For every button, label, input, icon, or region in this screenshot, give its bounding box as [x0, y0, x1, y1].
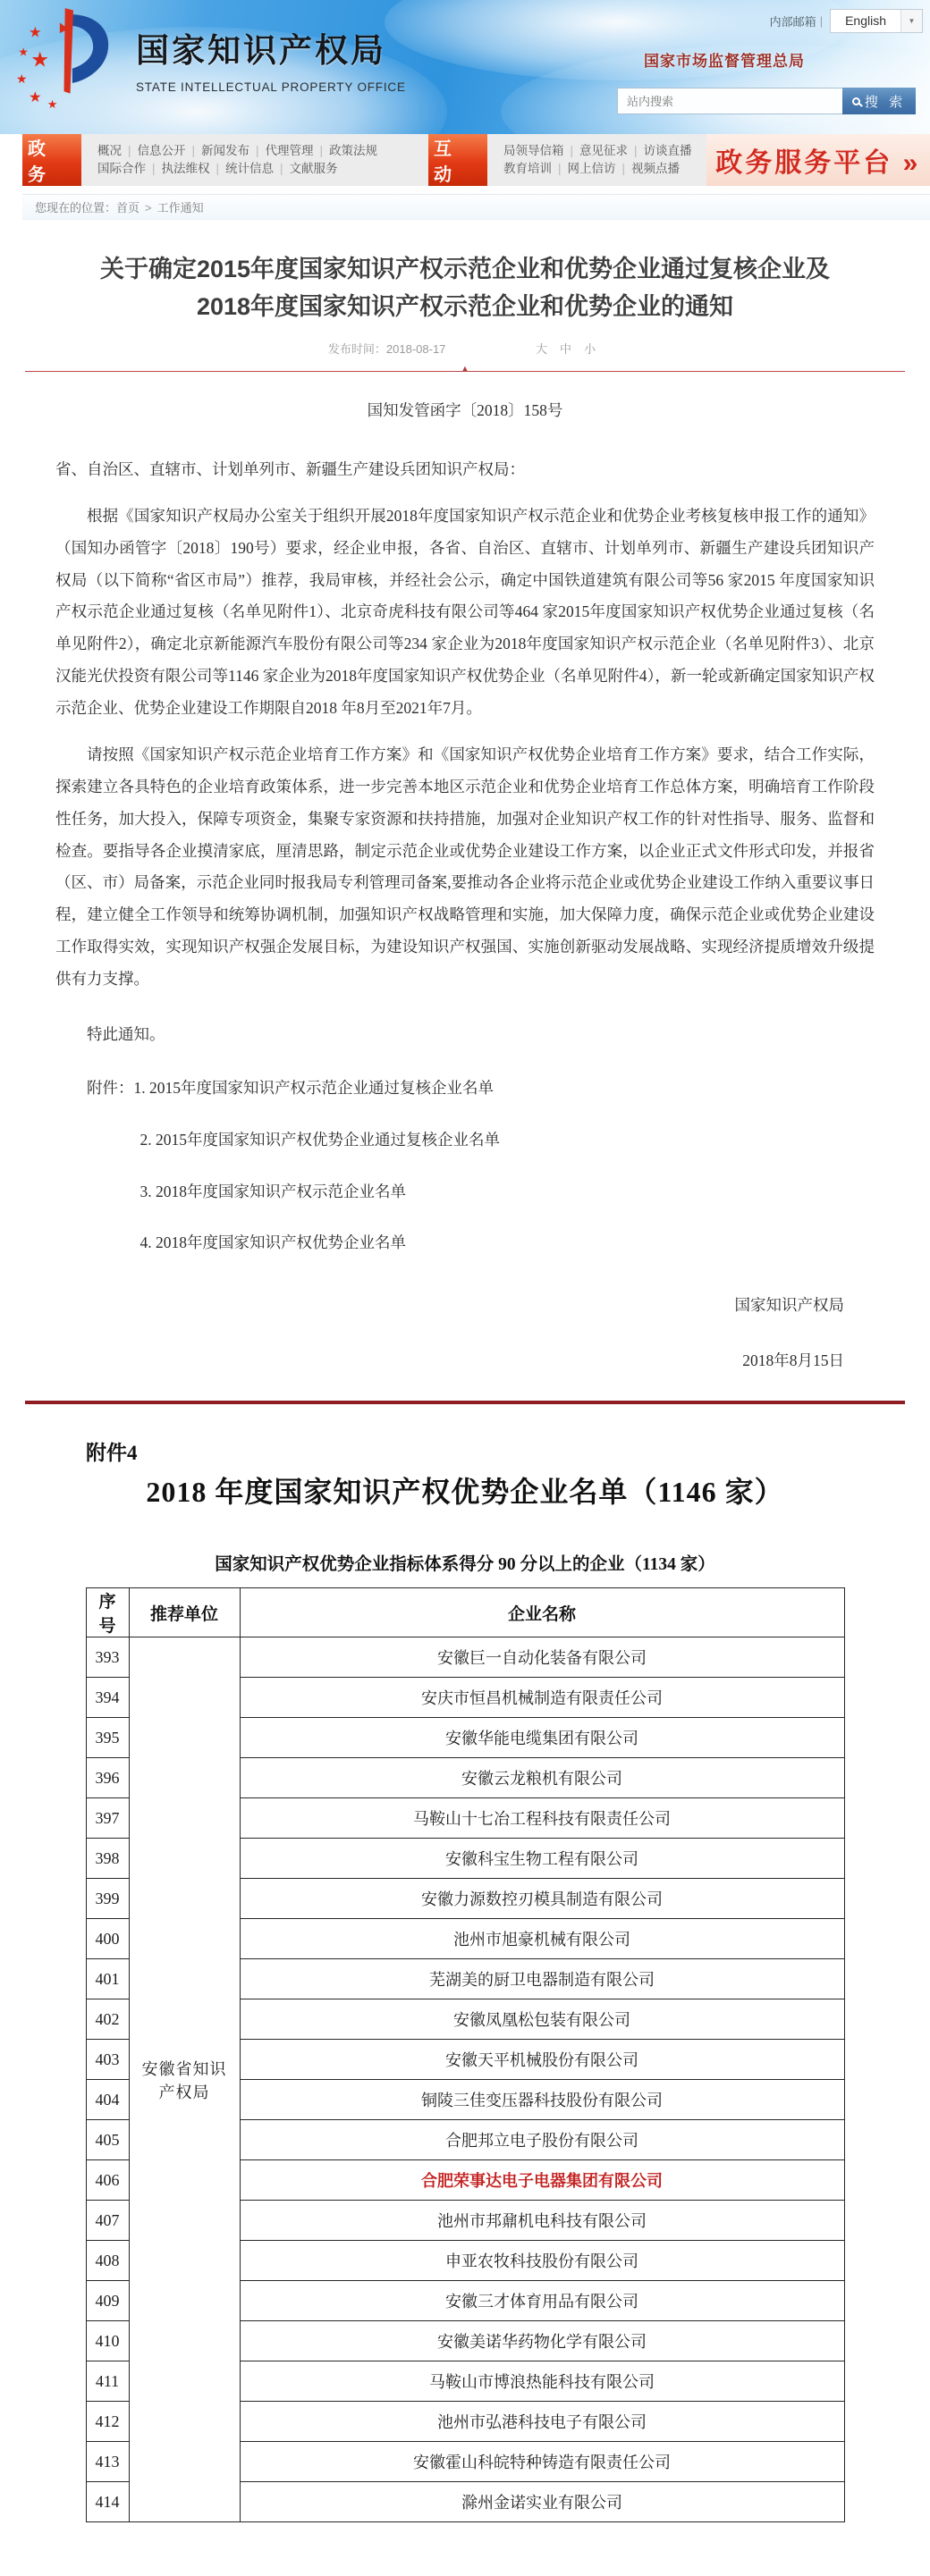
recommender-cell: 安徽省知识产权局 — [129, 1637, 240, 2522]
doc-paragraph-1: 根据《国家知识产权局办公室关于组织开展2018年度国家知识产权示范企业和优势企业… — [55, 501, 875, 725]
breadcrumb-separator: > — [145, 201, 152, 215]
doc-signature: 国家知识产权局 2018年8月15日 — [55, 1290, 844, 1377]
row-number: 406 — [86, 2160, 129, 2201]
nav-link[interactable]: 代理管理 — [266, 144, 314, 157]
breadcrumb-prefix: 您现在的位置： — [35, 201, 116, 215]
article-body: 关于确定2015年度国家知识产权示范企业和优势企业通过复核企业及 2018年度国… — [0, 250, 930, 1377]
svg-text:★: ★ — [29, 89, 42, 105]
row-number: 405 — [86, 2120, 129, 2160]
attachments-label: 附件： — [87, 1079, 134, 1097]
nav-link[interactable]: 局领导信箱 — [503, 144, 564, 157]
company-name: 池州市旭豪机械有限公司 — [240, 1919, 844, 1959]
breadcrumb-link[interactable]: 工作通知 — [157, 201, 204, 215]
table-header-cell: 企业名称 — [240, 1588, 844, 1637]
language-label: English — [831, 10, 900, 32]
font-size-button[interactable]: 大 — [536, 342, 547, 356]
svg-text:★: ★ — [30, 47, 49, 71]
nav-link[interactable]: 访谈直播 — [644, 144, 692, 157]
attachment4-subtitle: 国家知识产权优势企业指标体系得分 90 分以上的企业（1134 家） — [0, 1550, 930, 1575]
doc-salutation: 省、自治区、直辖市、计划单列市、新疆生产建设兵团知识产权局： — [55, 454, 875, 486]
attachment-item-text: 4. 2018年度国家知识产权优势企业名单 — [140, 1233, 407, 1251]
company-name: 滁州金诺实业有限公司 — [240, 2482, 844, 2522]
company-name: 合肥邦立电子股份有限公司 — [240, 2120, 844, 2160]
attachment-list: 附件：1. 2015年度国家知识产权示范企业通过复核企业名单2. 2015年度国… — [55, 1073, 875, 1260]
main-navigation: 政 务 概况|信息公开|新闻发布|代理管理|政策法规 国际合作|执法维权|统计信… — [22, 134, 930, 186]
row-number: 398 — [86, 1839, 129, 1879]
company-name: 安徽美诺华药物化学有限公司 — [240, 2321, 844, 2361]
company-name: 申亚农牧科技股份有限公司 — [240, 2241, 844, 2281]
site-title-en: STATE INTELLECTUAL PROPERTY OFFICE — [136, 80, 406, 94]
nav-section-zhengwu[interactable]: 政 务 — [22, 134, 81, 186]
page-title: 关于确定2015年度国家知识产权示范企业和优势企业通过复核企业及 2018年度国… — [52, 250, 878, 325]
language-selector[interactable]: English ▼ — [830, 9, 923, 33]
signer-name: 国家知识产权局 — [55, 1290, 844, 1322]
company-name: 安徽凤凰松包装有限公司 — [240, 1999, 844, 2040]
row-number: 397 — [86, 1798, 129, 1839]
site-banner: ★ ★ ★ ★ ★ ★ 国家知识产权局 STATE INTELLECTUAL P… — [0, 0, 930, 134]
nav-link[interactable]: 意见征求 — [579, 144, 628, 157]
row-number: 414 — [86, 2482, 129, 2522]
row-number: 394 — [86, 1678, 129, 1718]
search-input[interactable] — [617, 88, 842, 114]
zhengwu-menu: 概况|信息公开|新闻发布|代理管理|政策法规 国际合作|执法维权|统计信息|文献… — [81, 134, 428, 186]
nav-separator: | — [622, 162, 626, 175]
table-header-row: 序号推荐单位企业名称 — [86, 1588, 844, 1637]
related-org-link[interactable]: 国家市场监督管理总局 — [644, 48, 805, 71]
nav-link[interactable]: 信息公开 — [138, 144, 186, 157]
company-name: 安徽华能电缆集团有限公司 — [240, 1718, 844, 1758]
nav-link[interactable]: 国际合作 — [97, 162, 146, 175]
nav-link[interactable]: 执法维权 — [162, 162, 210, 175]
company-name: 安徽天平机械股份有限公司 — [240, 2040, 844, 2080]
row-number: 393 — [86, 1637, 129, 1678]
zhengwu-menu-row1: 概况|信息公开|新闻发布|代理管理|政策法规 — [97, 142, 414, 160]
row-number: 396 — [86, 1758, 129, 1798]
nav-separator: | — [280, 162, 283, 175]
topbar-separator: | — [820, 14, 823, 28]
doc-paragraph-2: 请按照《国家知识产权示范企业培育工作方案》和《国家知识产权优势企业培育工作方案》… — [55, 739, 875, 996]
nav-link[interactable]: 教育培训 — [503, 162, 552, 175]
nav-separator: | — [320, 144, 324, 157]
hudong-menu-row2: 教育培训|网上信访|视频点播 — [503, 160, 692, 178]
company-name: 铜陵三佳变压器科技股份有限公司 — [240, 2080, 844, 2120]
divider-arrow-icon: ▲ — [461, 364, 469, 373]
row-number: 412 — [86, 2402, 129, 2442]
row-number: 411 — [86, 2361, 129, 2402]
breadcrumb-links: 首页>工作通知 — [116, 201, 204, 215]
attachment4-section: 附件4 2018 年度国家知识产权优势企业名单（1146 家） 国家知识产权优势… — [0, 1436, 930, 2522]
row-number: 407 — [86, 2201, 129, 2241]
breadcrumb: 您现在的位置：首页>工作通知 — [22, 194, 930, 220]
nav-separator: | — [558, 162, 562, 175]
search-button[interactable]: 搜 索 — [842, 88, 916, 114]
company-name: 池州市弘港科技电子有限公司 — [240, 2402, 844, 2442]
doc-number: 国知发管函字〔2018〕158号 — [55, 395, 875, 427]
row-number: 408 — [86, 2241, 129, 2281]
internal-mail-link[interactable]: 内部邮箱 — [770, 13, 816, 29]
breadcrumb-link[interactable]: 首页 — [116, 201, 139, 215]
company-name: 安徽三才体育用品有限公司 — [240, 2281, 844, 2321]
company-name: 马鞍山市博浪热能科技有限公司 — [240, 2361, 844, 2402]
document-content: 国知发管函字〔2018〕158号 省、自治区、直辖市、计划单列市、新疆生产建设兵… — [55, 395, 875, 1377]
company-name: 安徽巨一自动化装备有限公司 — [240, 1637, 844, 1678]
section-divider — [25, 1401, 905, 1404]
attachment-item: 附件：1. 2015年度国家知识产权示范企业通过复核企业名单 — [55, 1073, 875, 1105]
search-icon — [852, 97, 860, 105]
nav-link[interactable]: 新闻发布 — [201, 144, 249, 157]
attachment-item: 2. 2015年度国家知识产权优势企业通过复核企业名单 — [55, 1124, 875, 1157]
row-number: 402 — [86, 1999, 129, 2040]
nav-link[interactable]: 概况 — [97, 144, 122, 157]
chevron-down-icon[interactable]: ▼ — [900, 10, 922, 32]
company-name: 安徽科宝生物工程有限公司 — [240, 1839, 844, 1879]
hudong-menu: 局领导信箱|意见征求|访谈直播 教育培训|网上信访|视频点播 — [487, 134, 706, 186]
site-title: 国家知识产权局 — [136, 29, 406, 72]
publish-date: 发布时间：2018-08-17 — [328, 342, 446, 356]
article-meta: 发布时间：2018-08-17 大中小 — [25, 340, 905, 357]
row-number: 403 — [86, 2040, 129, 2080]
company-name: 安徽云龙粮机有限公司 — [240, 1758, 844, 1798]
nav-separator: | — [216, 162, 220, 175]
company-name: 马鞍山十七冶工程科技有限责任公司 — [240, 1798, 844, 1839]
attachment4-label: 附件4 — [86, 1436, 930, 1466]
svg-text:★: ★ — [29, 25, 42, 41]
nav-section-hudong[interactable]: 互 动 — [428, 134, 487, 186]
attachment-item-text: 3. 2018年度国家知识产权示范企业名单 — [140, 1183, 407, 1200]
company-name: 安徽力源数控刃模具制造有限公司 — [240, 1879, 844, 1919]
doc-notice: 特此通知。 — [55, 1019, 875, 1051]
font-size-button[interactable]: 中 — [560, 342, 571, 356]
attachment-item-text: 2. 2015年度国家知识产权优势企业通过复核企业名单 — [140, 1131, 501, 1149]
table-row: 393安徽省知识产权局安徽巨一自动化装备有限公司 — [86, 1637, 844, 1678]
row-number: 400 — [86, 1919, 129, 1959]
sign-date: 2018年8月15日 — [55, 1345, 844, 1377]
font-size-controls: 大中小 — [529, 342, 602, 356]
company-table: 序号推荐单位企业名称 393安徽省知识产权局安徽巨一自动化装备有限公司394安庆… — [86, 1587, 845, 2522]
attachment-item: 4. 2018年度国家知识产权优势企业名单 — [55, 1227, 875, 1259]
font-size-button[interactable]: 小 — [584, 342, 596, 356]
nav-separator: | — [256, 144, 259, 157]
site-logo: ★ ★ ★ ★ ★ ★ 国家知识产权局 STATE INTELLECTUAL P… — [16, 5, 406, 111]
svg-text:★: ★ — [18, 46, 28, 59]
sipo-emblem-icon: ★ ★ ★ ★ ★ ★ — [16, 5, 131, 111]
row-number: 413 — [86, 2442, 129, 2482]
row-number: 409 — [86, 2281, 129, 2321]
page-title-line1: 关于确定2015年度国家知识产权示范企业和优势企业通过复核企业及 — [52, 250, 878, 288]
attachment-item: 3. 2018年度国家知识产权示范企业名单 — [55, 1176, 875, 1208]
svg-text:★: ★ — [16, 72, 28, 86]
zhengwu-menu-row2: 国际合作|执法维权|统计信息|文献服务 — [97, 160, 414, 178]
nav-link[interactable]: 文献服务 — [290, 162, 338, 175]
nav-link[interactable]: 网上信访 — [568, 162, 616, 175]
nav-separator: | — [192, 144, 196, 157]
nav-separator: | — [152, 162, 156, 175]
nav-link[interactable]: 视频点播 — [631, 162, 680, 175]
svg-text:★: ★ — [47, 97, 57, 111]
service-platform-link[interactable]: 政务服务平台 » — [706, 134, 930, 186]
row-number: 404 — [86, 2080, 129, 2120]
row-number: 401 — [86, 1959, 129, 1999]
search-button-label: 搜 索 — [865, 92, 906, 111]
row-number: 399 — [86, 1879, 129, 1919]
attachment-item-text: 1. 2015年度国家知识产权示范企业通过复核企业名单 — [134, 1079, 495, 1097]
company-name: 池州市邦鼐机电科技有限公司 — [240, 2201, 844, 2241]
page-title-line2: 2018年度国家知识产权示范企业和优势企业的通知 — [52, 288, 878, 325]
company-table-body: 393安徽省知识产权局安徽巨一自动化装备有限公司394安庆市恒昌机械制造有限责任… — [86, 1637, 844, 2522]
nav-link[interactable]: 政策法规 — [329, 144, 377, 157]
table-header-cell: 序号 — [86, 1588, 129, 1637]
attachment4-title: 2018 年度国家知识产权优势企业名单（1146 家） — [0, 1469, 930, 1511]
title-divider: ▲ — [25, 371, 905, 372]
company-name: 安庆市恒昌机械制造有限责任公司 — [240, 1678, 844, 1718]
nav-link[interactable]: 统计信息 — [225, 162, 274, 175]
company-name: 合肥荣事达电子电器集团有限公司 — [240, 2160, 844, 2201]
company-name: 安徽霍山科皖特种铸造有限责任公司 — [240, 2442, 844, 2482]
nav-separator: | — [571, 144, 574, 157]
hudong-menu-row1: 局领导信箱|意见征求|访谈直播 — [503, 142, 692, 160]
table-header-cell: 推荐单位 — [129, 1588, 240, 1637]
company-name: 芜湖美的厨卫电器制造有限公司 — [240, 1959, 844, 1999]
site-search: 搜 索 — [617, 88, 916, 114]
nav-separator: | — [634, 144, 638, 157]
row-number: 410 — [86, 2321, 129, 2361]
nav-separator: | — [128, 144, 131, 157]
row-number: 395 — [86, 1718, 129, 1758]
